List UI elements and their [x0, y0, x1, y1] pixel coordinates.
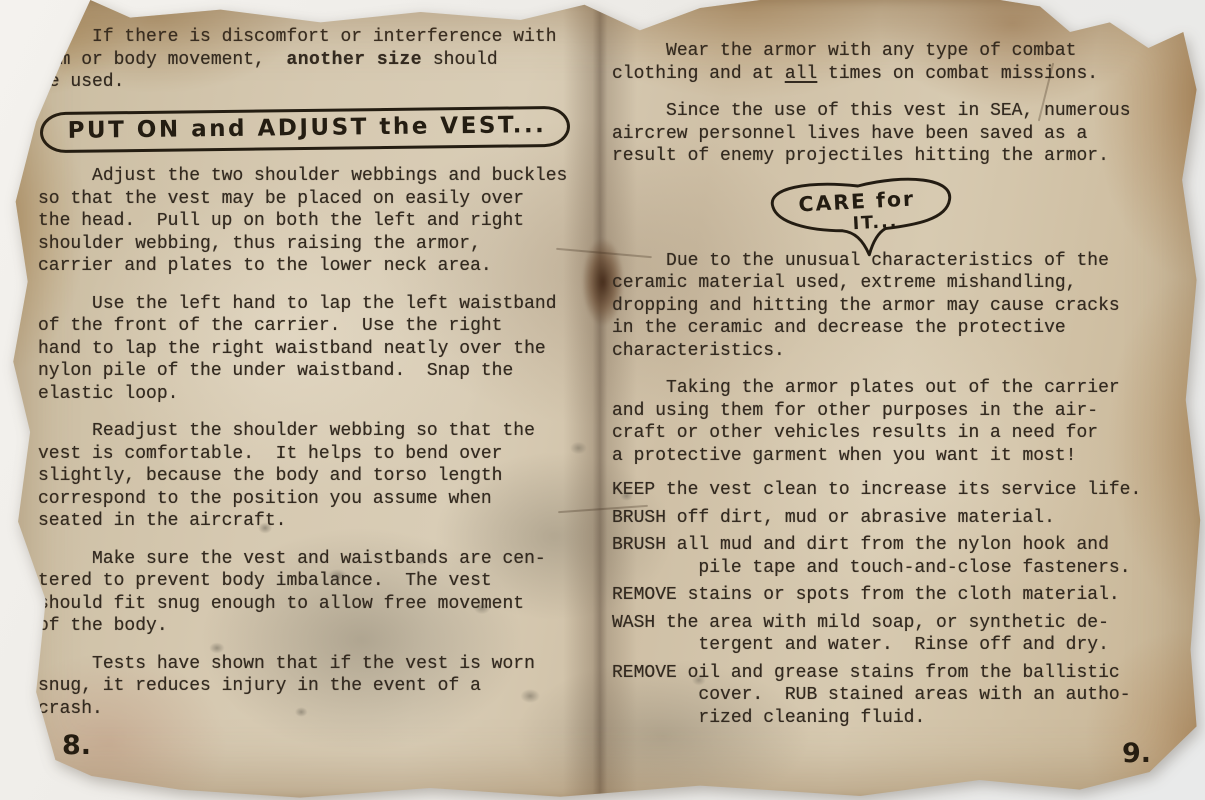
paragraph-adjust-webbings: Adjust the two shoulder webbings and buc…: [38, 165, 600, 278]
paragraph-lap-waistband: Use the left hand to lap the left waistb…: [38, 293, 600, 406]
care-item-keep-clean: KEEP the vest clean to increase its serv…: [612, 479, 1192, 502]
emphasis-another-size: another size: [286, 50, 422, 70]
paragraph-size-fit: If there is discomfort or interference w…: [38, 26, 600, 94]
paragraph-armor-plates: Taking the armor plates out of the carri…: [612, 377, 1192, 467]
paragraph-text: times on combat missions.: [817, 64, 1098, 84]
paragraph-wear-armor: Wear the armor with any type of combat c…: [612, 40, 1192, 85]
paragraph-crash-tests: Tests have shown that if the vest is wor…: [38, 653, 600, 721]
underlined-all: all: [785, 64, 817, 84]
care-item-wash-area: WASH the area with mild soap, or synthet…: [612, 612, 1192, 657]
page-number-left: 8.: [62, 730, 91, 761]
bubble-text-line2: IT...: [852, 211, 899, 233]
care-item-remove-stains: REMOVE stains or spots from the cloth ma…: [612, 584, 1192, 607]
paragraph-sea-saves: Since the use of this vest in SEA, numer…: [612, 100, 1192, 168]
page-right: Wear the armor with any type of combat c…: [612, 40, 1192, 734]
page-number-right: 9.: [1122, 738, 1151, 769]
handdrawn-heading-put-on-adjust-vest: PUT ON and ADJUST the VEST...: [40, 105, 570, 152]
paragraph-center-waistbands: Make sure the vest and waistbands are ce…: [38, 548, 600, 638]
booklet-spread: If there is discomfort or interference w…: [0, 0, 1205, 800]
care-item-brush-dirt: BRUSH off dirt, mud or abrasive material…: [612, 507, 1192, 530]
care-item-remove-oil: REMOVE oil and grease stains from the ba…: [612, 662, 1192, 730]
paragraph-readjust-webbing: Readjust the shoulder webbing so that th…: [38, 420, 600, 533]
heart-speech-bubble-icon: CARE for IT...: [758, 166, 968, 269]
scan-background: If there is discomfort or interference w…: [0, 0, 1205, 800]
page-left: If there is discomfort or interference w…: [38, 26, 600, 735]
handdrawn-care-bubble: CARE for IT...: [760, 172, 1192, 248]
care-item-brush-fasteners: BRUSH all mud and dirt from the nylon ho…: [612, 534, 1192, 579]
bubble-text-line1: CARE for: [798, 186, 916, 216]
paragraph-ceramic-cracks: Due to the unusual characteristics of th…: [612, 250, 1192, 363]
